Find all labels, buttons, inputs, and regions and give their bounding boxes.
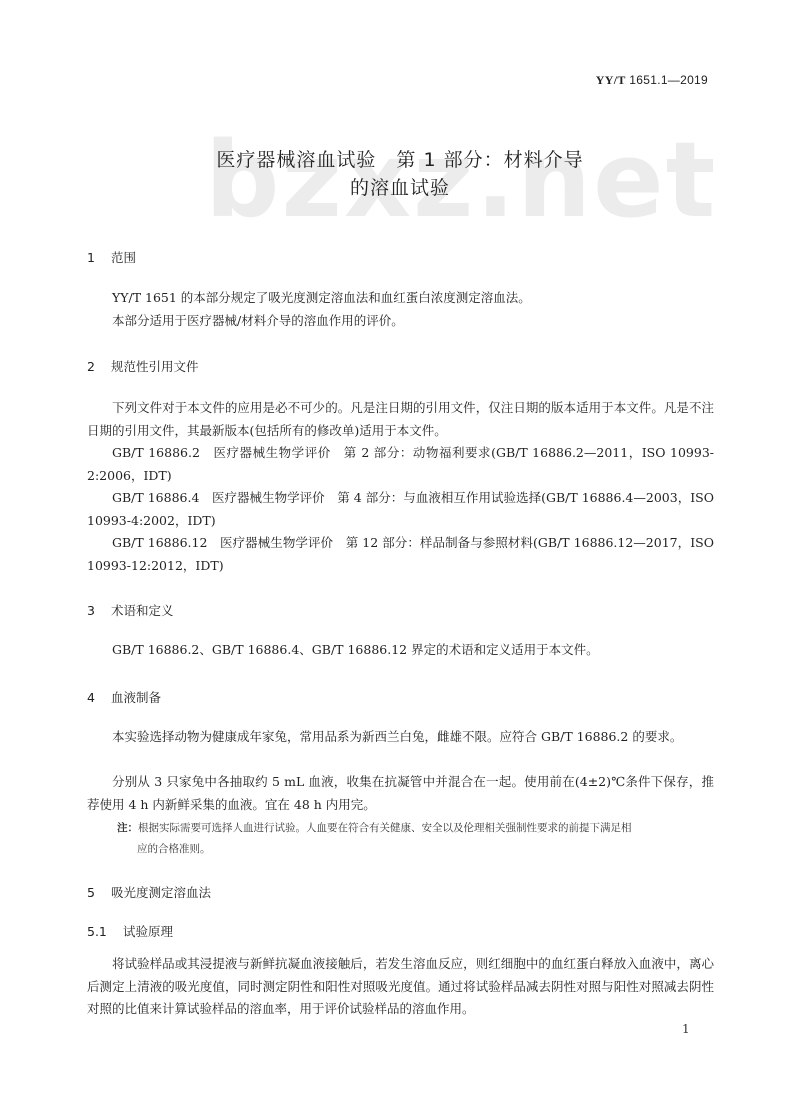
title-line-2: 的溶血试验 bbox=[0, 174, 800, 202]
section-3-heading: 3术语和定义 bbox=[87, 601, 174, 619]
reference-gbt-16886-4: GB/T 16886.4 医疗器械生物学评价 第 4 部分：与血液相互作用试验选… bbox=[87, 487, 714, 532]
section-1-paragraph-1: YY/T 1651 的本部分规定了吸光度测定溶血法和血红蛋白浓度测定溶血法。 bbox=[87, 287, 714, 310]
section-4-heading: 4血液制备 bbox=[87, 688, 161, 706]
note-text-line-2: 应的合格准则。 bbox=[117, 839, 714, 860]
document-title: 医疗器械溶血试验 第 1 部分：材料介导 的溶血试验 bbox=[0, 146, 800, 202]
page-number: 1 bbox=[682, 1022, 690, 1036]
section-1-heading: 1范围 bbox=[87, 248, 136, 266]
section-5-1-paragraph-1: 将试验样品或其浸提液与新鲜抗凝血液接触后，若发生溶血反应，则红细胞中的血红蛋白释… bbox=[87, 953, 714, 1021]
section-4-paragraph-1: 本实验选择动物为健康成年家兔，常用品系为新西兰白兔，雌雄不限。应符合 GB/T … bbox=[87, 726, 714, 749]
section-5-heading: 5吸光度测定溶血法 bbox=[87, 883, 211, 901]
section-2-heading: 2规范性引用文件 bbox=[87, 357, 199, 375]
section-5-1-heading: 5.1试验原理 bbox=[87, 922, 173, 940]
standard-code: YY/T 1651.1—2019 bbox=[596, 73, 708, 88]
reference-gbt-16886-12: GB/T 16886.12 医疗器械生物学评价 第 12 部分：样品制备与参照材… bbox=[87, 532, 714, 577]
section-1-paragraph-2: 本部分适用于医疗器械/材料介导的溶血作用的评价。 bbox=[87, 310, 714, 333]
standard-prefix: YY/T bbox=[596, 73, 626, 87]
reference-gbt-16886-2: GB/T 16886.2 医疗器械生物学评价 第 2 部分：动物福利要求(GB/… bbox=[87, 442, 714, 487]
title-line-1: 医疗器械溶血试验 第 1 部分：材料介导 bbox=[0, 146, 800, 174]
section-2-paragraph-1: 下列文件对于本文件的应用是必不可少的。凡是注日期的引用文件，仅注日期的版本适用于… bbox=[87, 397, 714, 442]
section-4-note: 注：根据实际需要可选择人血进行试验。人血要在符合有关健康、安全以及伦理相关强制性… bbox=[117, 818, 714, 860]
note-text-line-1: 根据实际需要可选择人血进行试验。人血要在符合有关健康、安全以及伦理相关强制性要求… bbox=[138, 822, 632, 834]
section-4-paragraph-2: 分别从 3 只家兔中各抽取约 5 mL 血液，收集在抗凝管中并混合在一起。使用前… bbox=[87, 771, 714, 816]
section-3-paragraph-1: GB/T 16886.2、GB/T 16886.4、GB/T 16886.12 … bbox=[87, 639, 714, 662]
note-label: 注： bbox=[117, 822, 138, 834]
standard-number: 1651.1—2019 bbox=[629, 73, 708, 87]
